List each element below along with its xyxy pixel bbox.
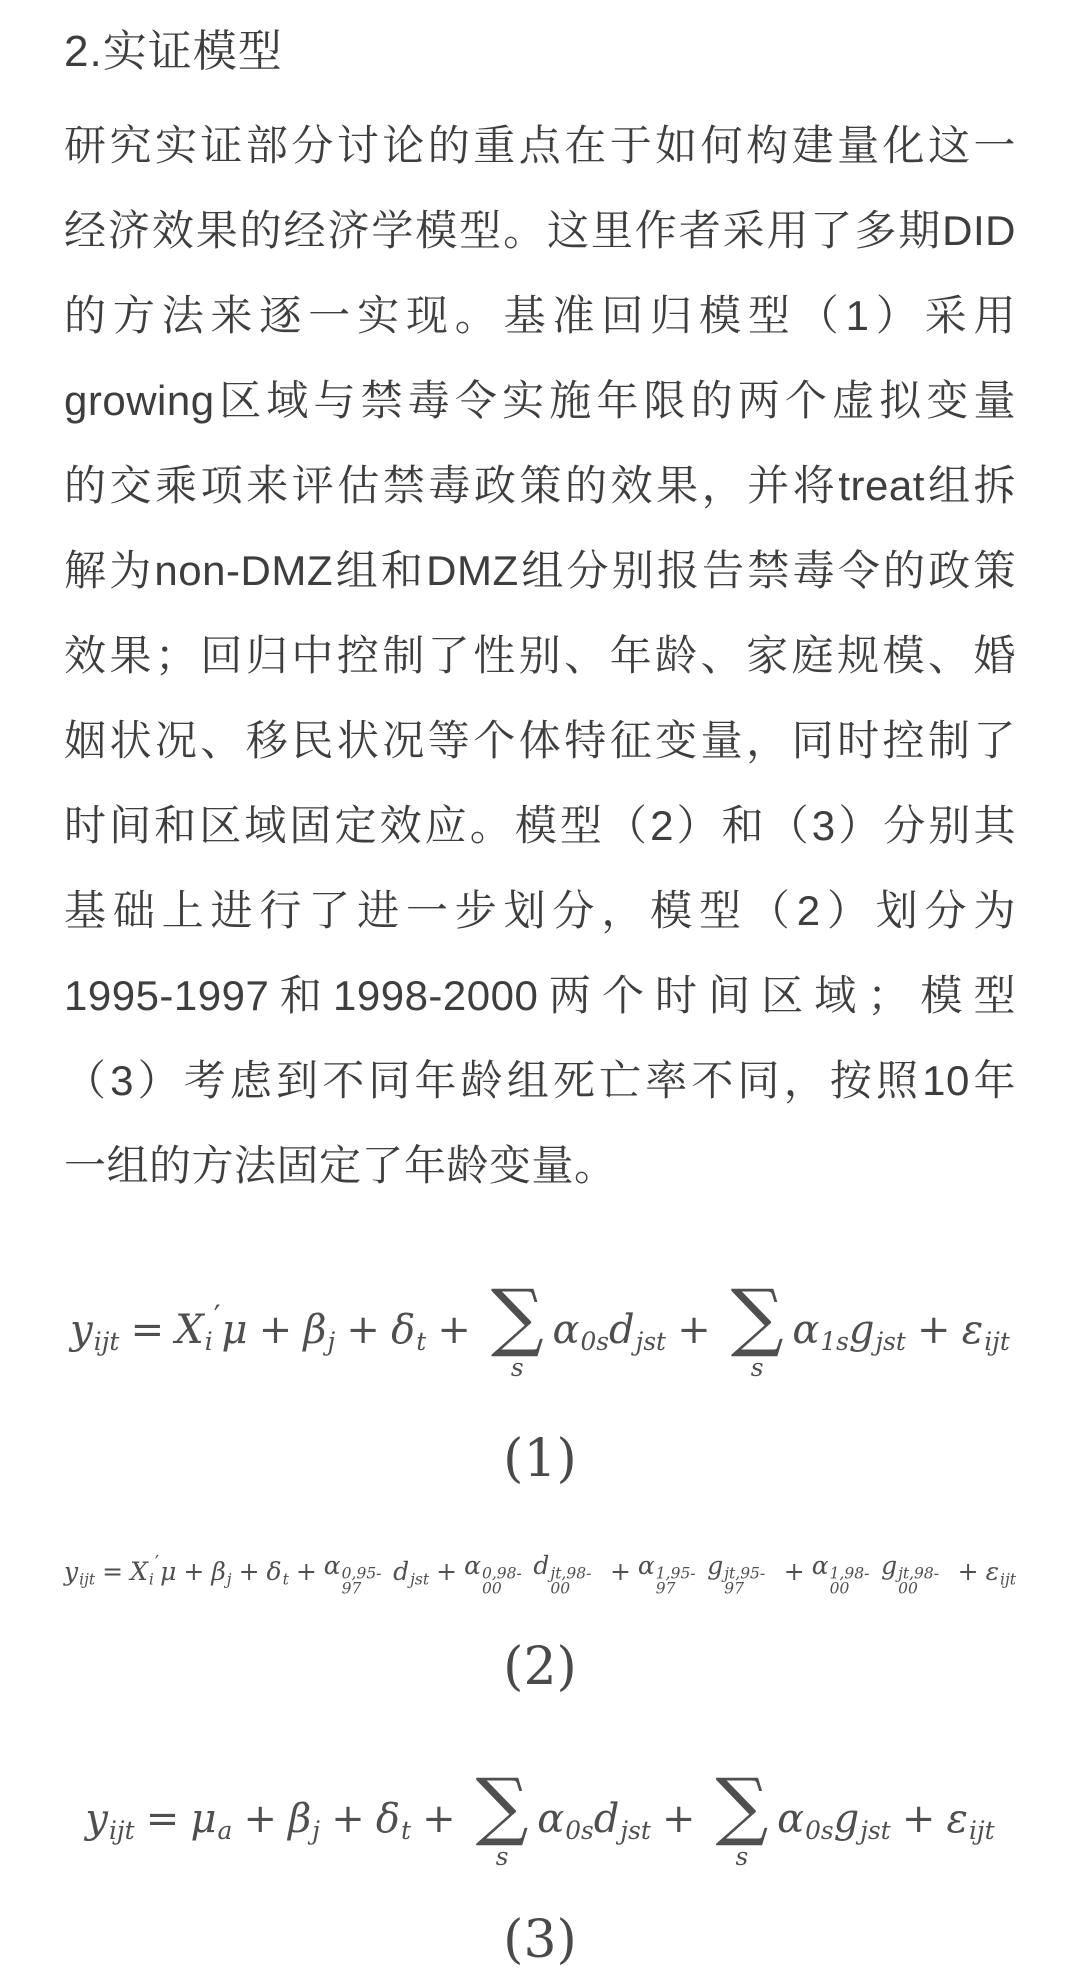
math-operator: + xyxy=(917,1307,951,1353)
equation-2-label: (2) xyxy=(64,1637,1016,1697)
summation-symbol: ∑s xyxy=(715,1769,768,1870)
math-operator: + xyxy=(296,1557,317,1586)
math-operator: + xyxy=(610,1557,631,1586)
math-term: djst xyxy=(393,1557,429,1586)
math-term: εijt xyxy=(947,1796,995,1842)
math-term: α0s xyxy=(777,1796,834,1842)
equation-3-label: (3) xyxy=(64,1910,1016,1970)
math-term: α0,95-97 xyxy=(324,1551,393,1593)
article-page: 2.实证模型 研究实证部分讨论的重点在于如何构建量化这一 经济效果的经济学模型。… xyxy=(0,0,1080,1970)
paragraph: 研究实证部分讨论的重点在于如何构建量化这一 经济效果的经济学模型。这里作者采用了… xyxy=(64,103,1016,1208)
math-operator: + xyxy=(243,1796,277,1842)
math-term: gjt,98-00 xyxy=(881,1551,951,1593)
math-term: Xi xyxy=(130,1557,154,1586)
summation-symbol: ∑s xyxy=(731,1280,784,1381)
math-operator: + xyxy=(436,1557,457,1586)
math-term: djt,98-00 xyxy=(533,1551,603,1593)
math-operator: + xyxy=(662,1796,696,1842)
math-operator: + xyxy=(437,1307,471,1353)
math-term: μa xyxy=(190,1796,232,1842)
equation-3-formula: yijt=μa+βj+δt+∑sα0sdjst+∑sα0sgjst+εijt xyxy=(64,1769,1016,1870)
math-term: βj xyxy=(211,1557,231,1586)
math-term: α0s xyxy=(537,1796,594,1842)
math-term: δt xyxy=(267,1557,289,1586)
math-term: Xi xyxy=(175,1307,212,1353)
math-term: α1,98-00 xyxy=(812,1551,881,1593)
equation-1-formula: yijt=Xi′μ+βj+δt+∑sα0sdjst+∑sα1sgjst+εijt xyxy=(64,1280,1016,1381)
equation-2-formula: yijt=Xi′μ+βj+δt+α0,95-97djst+α0,98-00djt… xyxy=(64,1551,1016,1593)
math-operator: + xyxy=(259,1307,293,1353)
paragraph-line: 经济效果的经济学模型。这里作者采用了多期DID xyxy=(64,188,1016,273)
prime-mark: ′ xyxy=(155,1553,159,1574)
math-operator: + xyxy=(331,1796,365,1842)
paragraph-line: 时间和区域固定效应。模型（2）和（3）分别其 xyxy=(64,783,1016,868)
paragraph-line: 姻状况、移民状况等个体特征变量，同时控制了 xyxy=(64,698,1016,783)
paragraph-line: 一组的方法固定了年龄变量。 xyxy=(64,1123,1016,1208)
math-term: α0s xyxy=(552,1307,609,1353)
math-term: μ xyxy=(160,1557,176,1586)
math-term: α0,98-00 xyxy=(464,1551,533,1593)
math-term: εijt xyxy=(986,1557,1016,1586)
math-operator: + xyxy=(784,1557,805,1586)
math-term: yijt xyxy=(85,1796,134,1842)
summation-symbol: ∑s xyxy=(491,1280,544,1381)
prime-mark: ′ xyxy=(214,1299,221,1334)
paragraph-line: 1995-1997和1998-2000两个时间区域；模型 xyxy=(64,953,1016,1038)
math-operator: = xyxy=(102,1557,123,1586)
math-operator: = xyxy=(131,1307,165,1353)
math-operator: + xyxy=(346,1307,380,1353)
paragraph-line: （3）考虑到不同年龄组死亡率不同，按照10年 xyxy=(64,1038,1016,1123)
paragraph-line: 研究实证部分讨论的重点在于如何构建量化这一 xyxy=(64,103,1016,188)
summation-symbol: ∑s xyxy=(476,1769,529,1870)
math-term: yijt xyxy=(64,1557,95,1586)
math-term: μ xyxy=(222,1307,248,1353)
math-operator: + xyxy=(677,1307,711,1353)
section-heading: 2.实证模型 xyxy=(64,24,1016,79)
math-term: βj xyxy=(288,1796,320,1842)
math-operator: + xyxy=(422,1796,456,1842)
math-term: εijt xyxy=(962,1307,1010,1353)
math-term: δt xyxy=(391,1307,426,1353)
math-term: βj xyxy=(303,1307,335,1353)
paragraph-line: 效果；回归中控制了性别、年龄、家庭规模、婚 xyxy=(64,613,1016,698)
math-operator: = xyxy=(146,1796,180,1842)
math-term: djst xyxy=(594,1796,651,1842)
math-operator: + xyxy=(902,1796,936,1842)
math-term: gjst xyxy=(849,1307,906,1353)
equation-1-label: (1) xyxy=(64,1429,1016,1489)
paragraph-line: 的方法来逐一实现。基准回归模型（1）采用 xyxy=(64,273,1016,358)
math-term: α1,95-97 xyxy=(638,1551,707,1593)
paragraph-line: 的交乘项来评估禁毒政策的效果，并将treat组拆 xyxy=(64,443,1016,528)
math-term: yijt xyxy=(70,1307,119,1353)
math-term: gjst xyxy=(834,1796,891,1842)
math-term: α1s xyxy=(792,1307,849,1353)
math-term: gjt,95-97 xyxy=(707,1551,777,1593)
paragraph-line: growing区域与禁毒令实施年限的两个虚拟变量 xyxy=(64,358,1016,443)
math-term: δt xyxy=(376,1796,411,1842)
math-operator: + xyxy=(239,1557,260,1586)
paragraph-line: 基础上进行了进一步划分，模型（2）划分为 xyxy=(64,868,1016,953)
paragraph-line: 解为non-DMZ组和DMZ组分别报告禁毒令的政策 xyxy=(64,528,1016,613)
math-operator: + xyxy=(958,1557,979,1586)
math-operator: + xyxy=(183,1557,204,1586)
math-term: djst xyxy=(609,1307,666,1353)
